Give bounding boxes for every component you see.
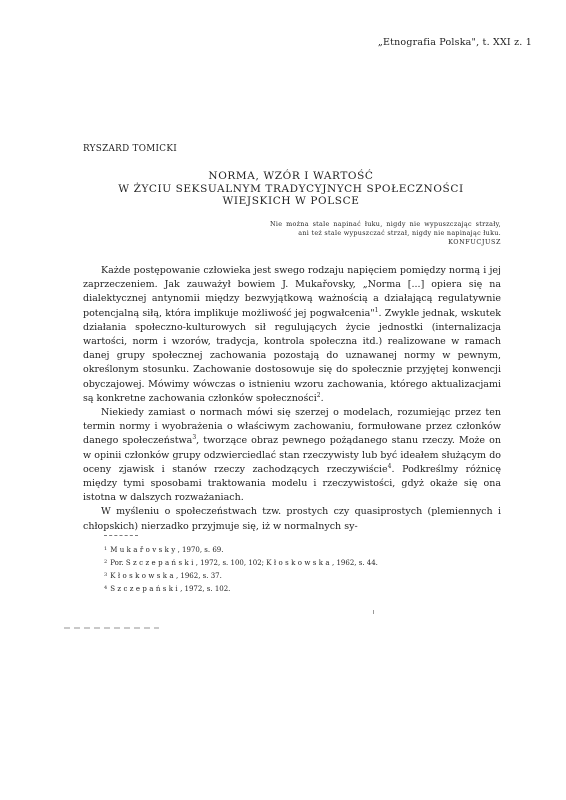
title-line-1: NORMA, WZÓR I WARTOŚĆ xyxy=(82,170,500,183)
journal-header: „Etnografia Polska", t. XXI z. 1 xyxy=(378,37,532,48)
footnote-2: 2Por. Szczepański, 1972, s. 100, 102; Kł… xyxy=(104,556,504,569)
epigraph: Nie można stale napinać łuku, nigdy nie … xyxy=(270,220,501,247)
footnote-3: 3Kłoskowska, 1962, s. 37. xyxy=(104,569,504,582)
paragraph-1: Każde postępowanie człowieka jest swego … xyxy=(83,264,501,406)
paragraph-3: W myśleniu o społeczeństwach tzw. prosty… xyxy=(83,505,501,533)
article-author: RYSZARD TOMICKI xyxy=(83,144,177,154)
scan-artifact xyxy=(373,610,374,614)
footnote-4: 4Szczepański, 1972, s. 102. xyxy=(104,582,504,595)
article-body: Każde postępowanie człowieka jest swego … xyxy=(83,264,501,534)
footnote-1: 1Mukařovsky, 1970, s. 69. xyxy=(104,543,504,556)
article-title: NORMA, WZÓR I WARTOŚĆ W ŻYCIU SEKSUALNYM… xyxy=(82,170,500,208)
footnotes: 1Mukařovsky, 1970, s. 69. 2Por. Szczepań… xyxy=(104,543,504,595)
title-line-3: WIEJSKICH W POLSCE xyxy=(82,195,500,208)
epigraph-attribution: KONFUCJUSZ xyxy=(270,238,501,247)
document-page: „Etnografia Polska", t. XXI z. 1 RYSZARD… xyxy=(0,0,566,800)
footnote-separator xyxy=(104,535,138,536)
scan-artifact xyxy=(64,627,159,629)
epigraph-text: Nie można stale napinać łuku, nigdy nie … xyxy=(270,220,501,237)
paragraph-2: Niekiedy zamiast o normach mówi się szer… xyxy=(83,406,501,505)
title-line-2: W ŻYCIU SEKSUALNYM TRADYCYJNYCH SPOŁECZN… xyxy=(82,183,500,196)
